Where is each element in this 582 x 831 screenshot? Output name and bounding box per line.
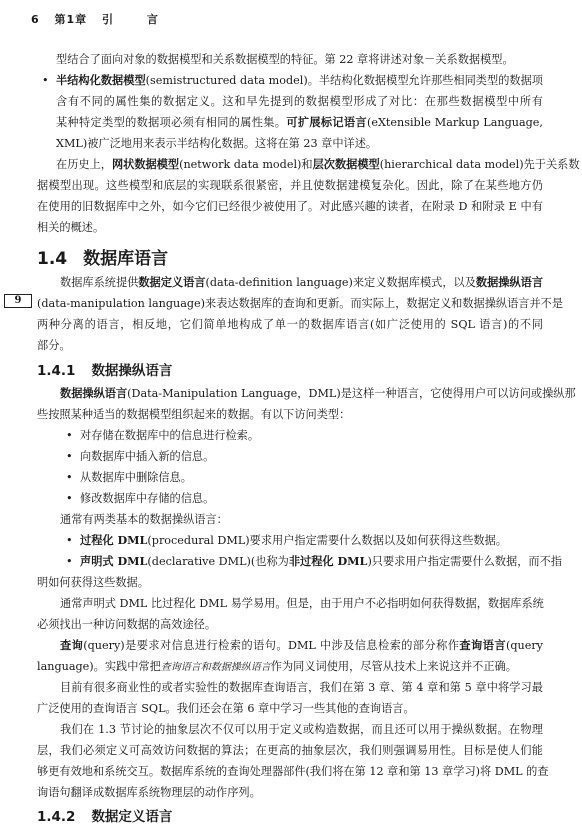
list-item: 向数据库中插入新的信息。 <box>80 446 543 467</box>
paragraph-line: 某种特定类型的数据项必须有相同的属性集。可扩展标记语言(eXtensible M… <box>56 112 543 133</box>
term: 非过程化 DML <box>289 554 368 568</box>
paragraph-line: 够更有效地和系统交互。数据库系统的查询处理器部件(我们将在第 12 章和第 13… <box>37 761 543 782</box>
paragraph-line: 层，我们必须定义可高效访问数据的算法；在更高的抽象层次，我们则强调易用性。目标是… <box>37 740 543 761</box>
term: 数据操纵语言 <box>476 275 543 289</box>
list-item: 声明式 DML(declarative DML)(也称为非过程化 DML)只要求… <box>80 551 543 572</box>
paragraph-line: 数据操纵语言(Data-Manipulation Language，DML)是这… <box>60 383 543 404</box>
chapter-title-part: 引 <box>102 13 114 26</box>
paragraph-line: 我们在 1.3 节讨论的抽象层次不仅可以用于定义或构造数据，而且还可以用于操纵数… <box>60 719 543 740</box>
emphasis: 查询语言和数据操纵语言 <box>161 662 271 673</box>
paragraph-line: 明如何获得这些数据。 <box>37 572 543 593</box>
chapter-label: 第1章 <box>55 13 88 26</box>
term: 数据定义语言 <box>138 275 205 289</box>
paragraph-line: 在历史上，网状数据模型(network data model)和层次数据模型(h… <box>56 154 543 175</box>
list-item: 对存储在数据库中的信息进行检索。 <box>80 425 543 446</box>
subsection-heading: 1.4.1数据操纵语言 <box>37 359 172 379</box>
term: 网状数据模型 <box>112 157 179 171</box>
paragraph-line: 相关的概述。 <box>37 217 543 238</box>
paragraph-line: 在使用的旧数据库中之外，如今它们已经很少被使用了。对此感兴趣的读者，在附录 D … <box>37 196 543 217</box>
page-number: 6 <box>31 13 40 26</box>
list-item: 修改数据库中存储的信息。 <box>80 488 543 509</box>
paragraph-line: 广泛使用的查询语言 SQL。我们还会在第 6 章中学习一些其他的查询语言。 <box>37 698 543 719</box>
term: 过程化 DML <box>80 533 147 547</box>
paragraph-line: 通常有两类基本的数据操纵语言： <box>60 509 543 530</box>
paragraph-line: 询语句翻译成数据库系统物理层的动作序列。 <box>37 782 543 803</box>
paragraph-line: 些按照某种适当的数据模型组织起来的数据。有以下访问类型： <box>37 404 543 425</box>
paragraph-line: XML)被广泛地用来表示半结构化数据。这将在第 23 章中详述。 <box>56 133 543 154</box>
bullet-item: 半结构化数据模型(semistructured data model)。半结构化… <box>56 70 543 91</box>
term: 半结构化数据模型 <box>56 73 146 87</box>
term: 查询 <box>60 638 83 652</box>
term: 层次数据模型 <box>313 157 380 171</box>
paragraph-line: (data-manipulation language)来表达数据库的查询和更新… <box>37 293 543 314</box>
subsection-heading: 1.4.2数据定义语言 <box>37 805 172 825</box>
paragraph-line: 型结合了面向对象的数据模型和关系数据模型的特征。第 22 章将讲述对象－关系数据… <box>56 49 543 70</box>
paragraph-line: 据模型出现。这些模型和底层的实现联系很紧密，并且使数据建模复杂化。因此，除了在某… <box>37 175 543 196</box>
paragraph-line: 必须找出一种访问数据的高效途径。 <box>37 614 543 635</box>
term: 数据操纵语言 <box>60 386 127 400</box>
margin-page-marker: 9 <box>4 294 32 308</box>
paragraph-line: 数据库系统提供数据定义语言(data-definition language)来… <box>60 272 543 293</box>
list-item: 过程化 DML(procedural DML)要求用户指定需要什么数据以及如何获… <box>80 530 543 551</box>
paragraph-line: 含有不同的属性集的数据定义。这和早先提到的数据模型形成了对比：在那些数据模型中所… <box>56 91 543 112</box>
running-header: 6 第1章 引 言 <box>31 11 169 27</box>
term: 查询语言 <box>459 638 506 652</box>
paragraph-line: 通常声明式 DML 比过程化 DML 易学易用。但是，由于用户不必指明如何获得数… <box>60 593 543 614</box>
chapter-title-part: 言 <box>147 13 159 26</box>
paragraph-line: 部分。 <box>37 335 543 356</box>
book-page: 6 第1章 引 言 型结合了面向对象的数据模型和关系数据模型的特征。第 22 章… <box>0 0 582 831</box>
paragraph-line: 两种分离的语言，相反地，它们简单地构成了单一的数据库语言(如广泛使用的 SQL … <box>37 314 543 335</box>
term: 可扩展标记语言 <box>286 115 367 129</box>
paragraph-line: 目前有很多商业性的或者实验性的数据库查询语言，我们在第 3 章、第 4 章和第 … <box>60 677 543 698</box>
paragraph-line: 查询(query)是要求对信息进行检索的语句。DML 中涉及信息检索的部分称作查… <box>60 635 543 656</box>
paragraph-line: language)。实践中常把查询语言和数据操纵语言作为同义词使用，尽管从技术上… <box>37 656 543 678</box>
list-item: 从数据库中删除信息。 <box>80 467 543 488</box>
term: 声明式 DML <box>80 554 147 568</box>
section-heading: 1.4数据库语言 <box>37 244 168 269</box>
